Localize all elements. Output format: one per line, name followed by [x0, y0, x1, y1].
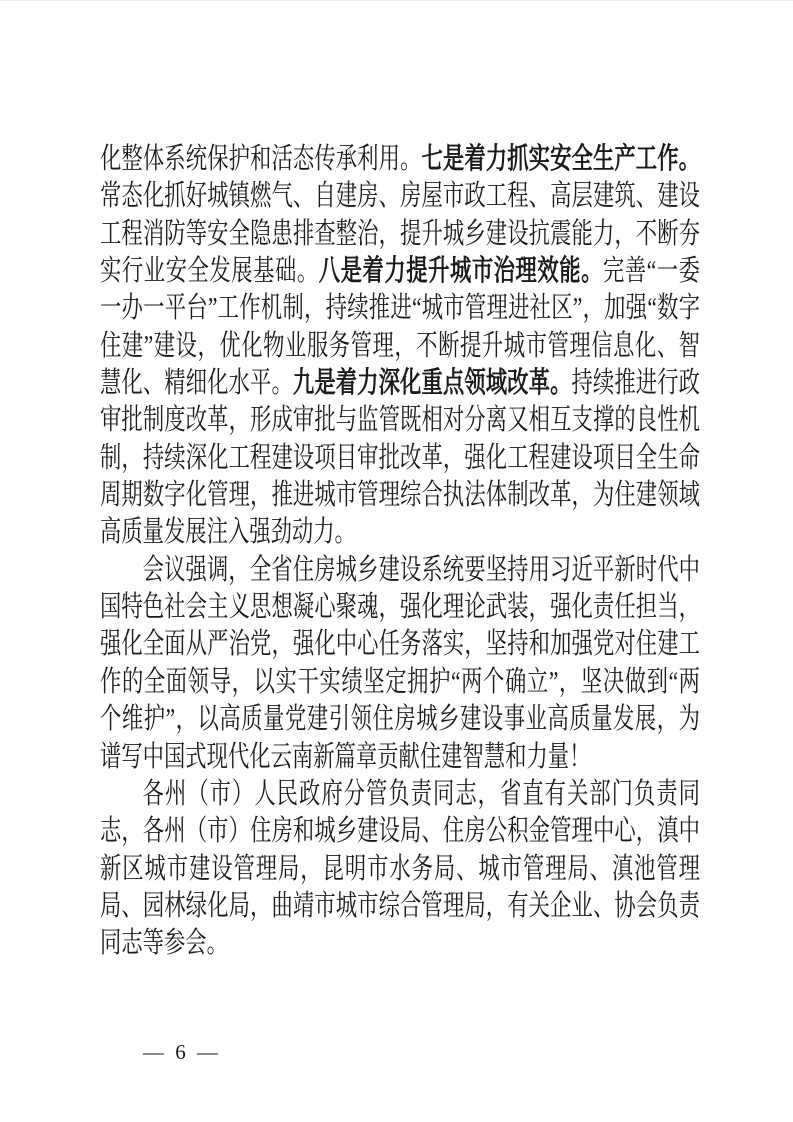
- document-body: 化整体系统保护和活态传承利用。七是着力抓实安全生产工作。常态化抓好城镇燃气、自建…: [100, 141, 700, 963]
- paragraph: 各州（市）人民政府分管负责同志，省直有关部门负责同志，各州（市）住房和城乡建设局…: [100, 776, 700, 963]
- emphasis-segment: 七是着力抓实安全生产工作。: [421, 143, 700, 175]
- emphasis-segment: 八是着力提升城市治理效能。: [319, 255, 603, 287]
- text-segment: 会议强调，全省住房城乡建设系统要坚持用习近平新时代中国特色社会主义思想凝心聚魂，…: [100, 554, 700, 773]
- paragraph: 化整体系统保护和活态传承利用。七是着力抓实安全生产工作。常态化抓好城镇燃气、自建…: [100, 141, 700, 552]
- page-top-edge: [0, 0, 793, 1]
- paragraph: 会议强调，全省住房城乡建设系统要坚持用习近平新时代中国特色社会主义思想凝心聚魂，…: [100, 552, 700, 776]
- text-segment: 化整体系统保护和活态传承利用。: [100, 143, 421, 175]
- emphasis-segment: 九是着力深化重点领域改革。: [293, 367, 572, 399]
- page-number: — 6 —: [143, 1040, 221, 1065]
- document-page: { "document": { "paragraphs": [ { "inden…: [0, 0, 793, 1122]
- text-segment: 各州（市）人民政府分管负责同志，省直有关部门负责同志，各州（市）住房和城乡建设局…: [100, 778, 700, 959]
